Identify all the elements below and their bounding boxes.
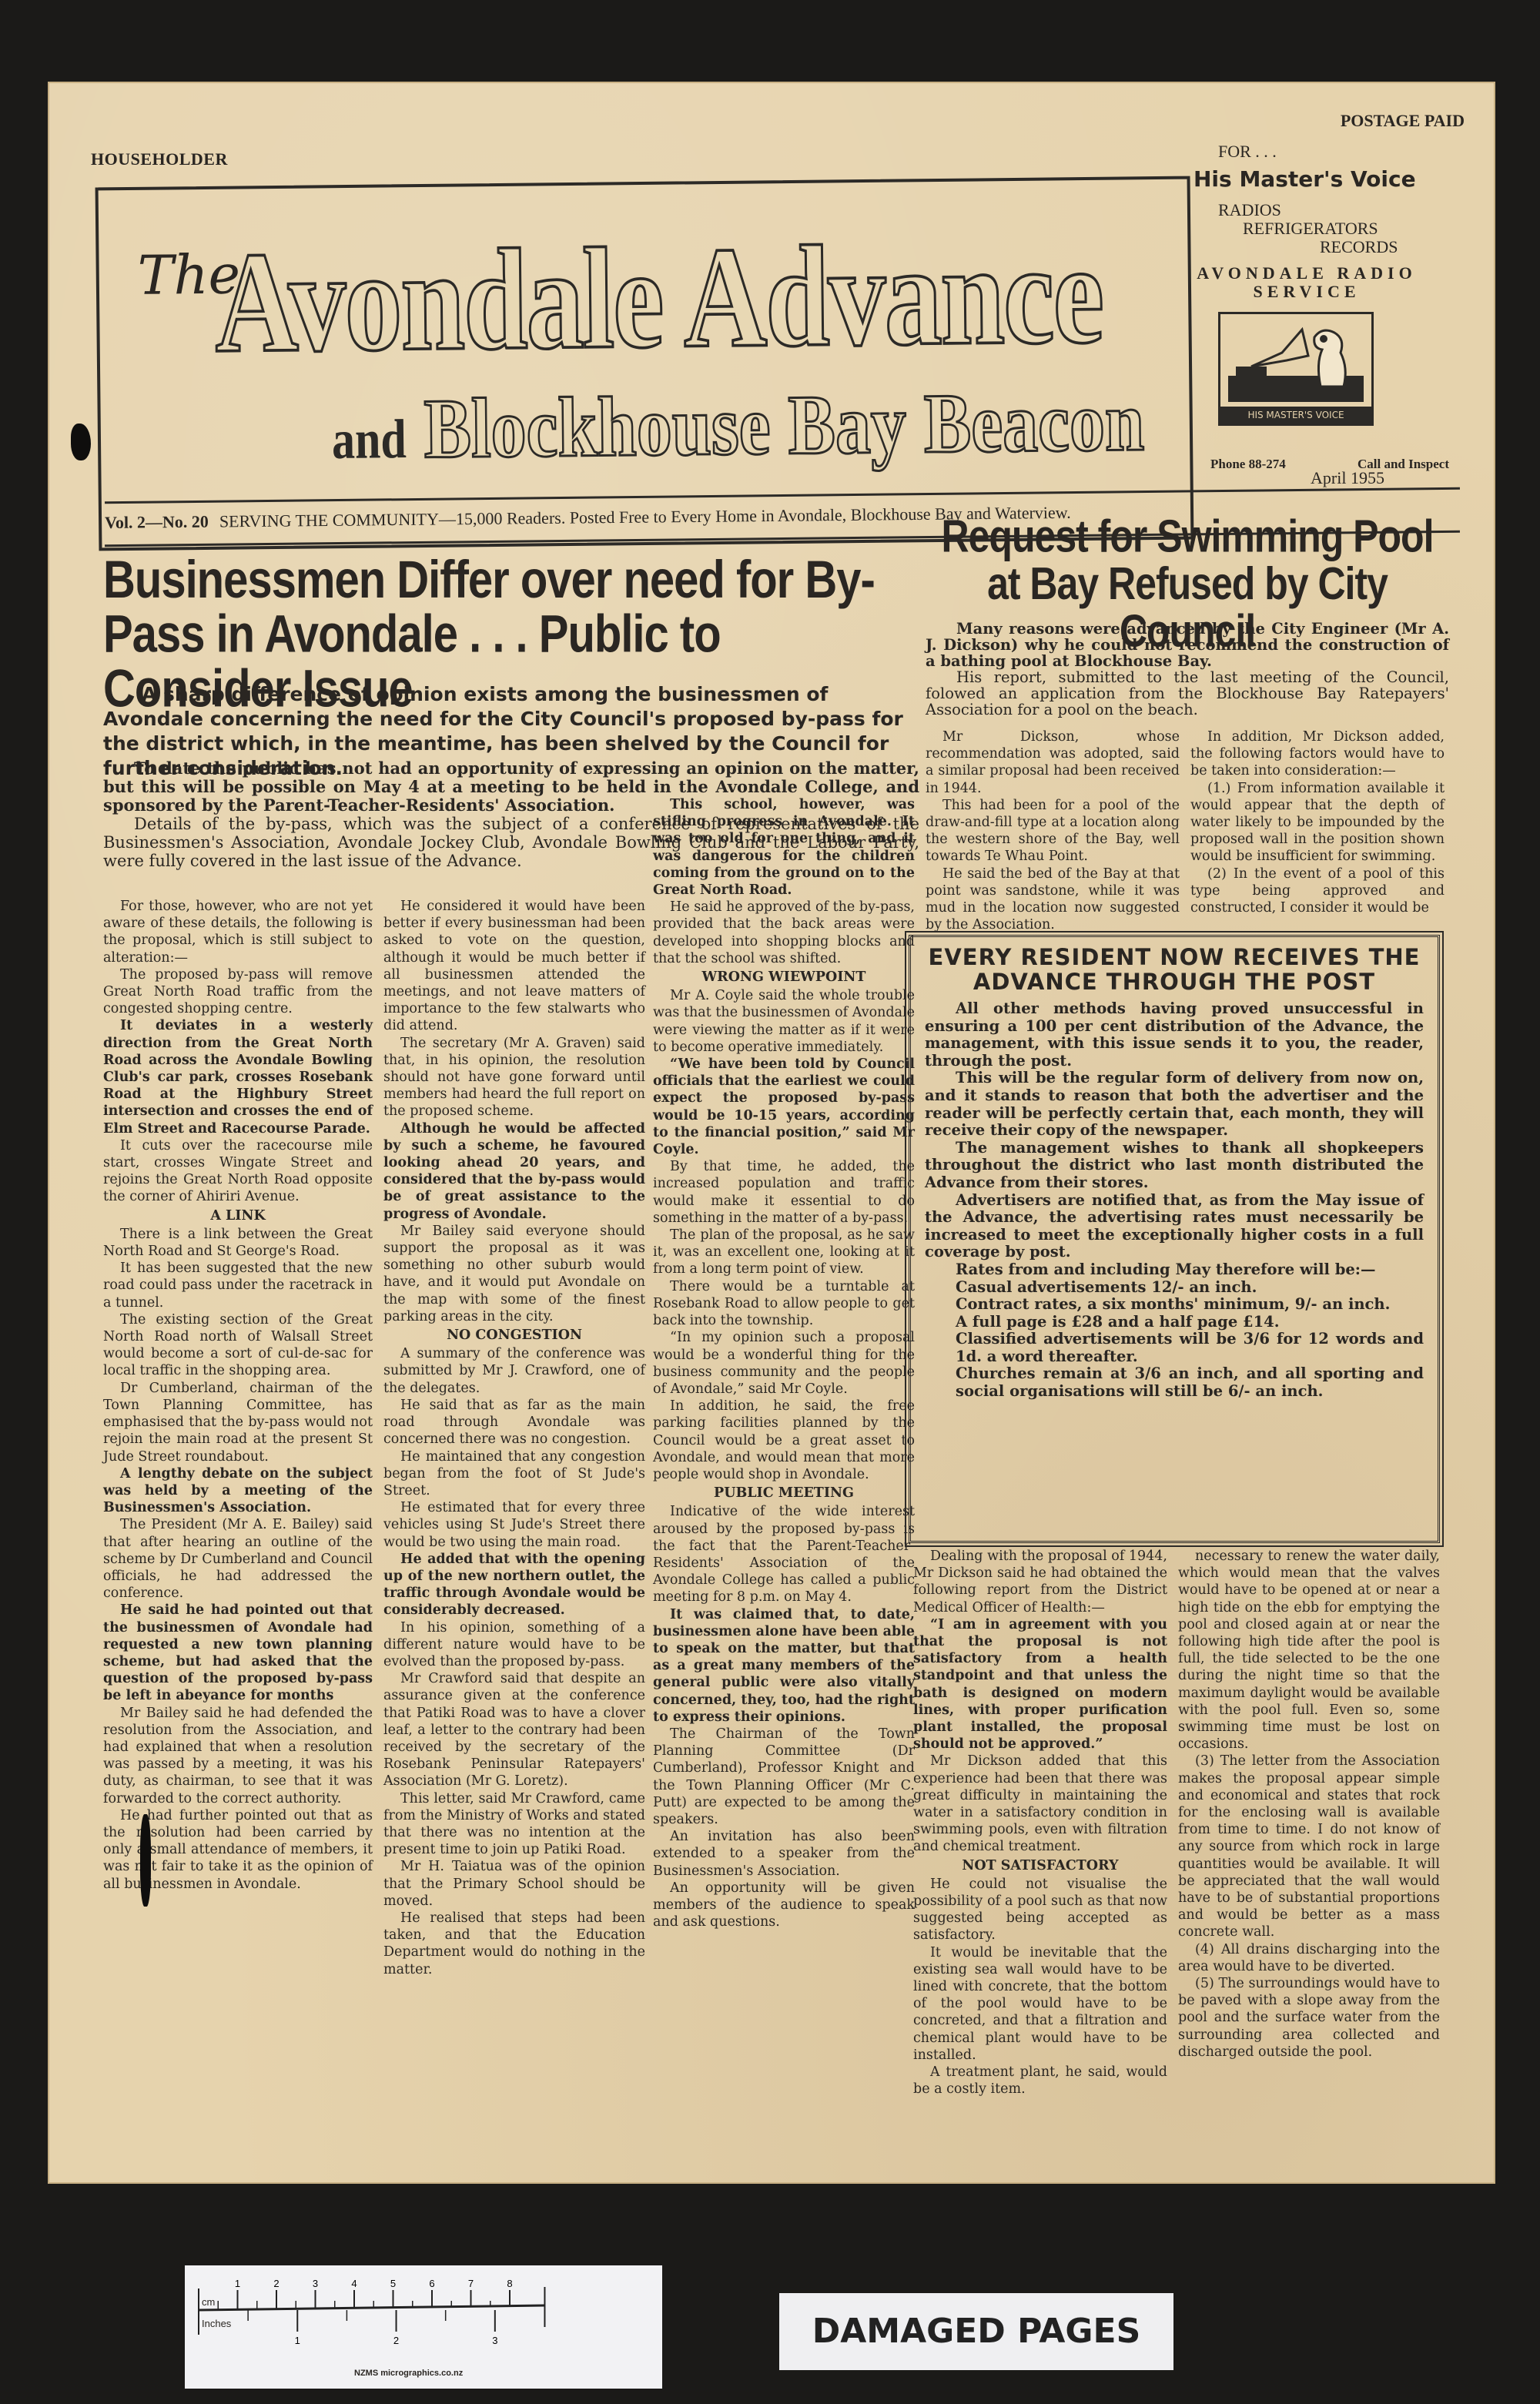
masthead-subtitle: and Blockhouse Bay Beacon [331,372,1144,478]
paragraph: In addition, he said, the free parking f… [653,1398,915,1483]
advert-business-line: SERVICE [1149,283,1465,301]
advert-phone: Phone 88-274 [1210,457,1286,472]
masthead-subtitle-text: Blockhouse Bay Beacon [423,374,1145,476]
paragraph: An invitation has also been extended to … [653,1828,915,1880]
svg-text:1: 1 [235,2278,240,2289]
advert-product: RECORDS [1320,238,1465,256]
bypass-column-2: He considered it would have been better … [383,898,645,1978]
pool-lede: Many reasons were advanced by the City E… [926,621,1449,718]
notice-headline: EVERY RESIDENT NOW RECEIVES THE ADVANCE … [925,945,1424,994]
subheading: NO CONGESTION [383,1327,645,1344]
householder-label: HOUSEHOLDER [91,149,228,169]
paragraph: (2) In the event of a pool of this type … [1190,866,1445,917]
paragraph: necessary to renew the water daily, whic… [1178,1548,1440,1753]
paragraph: Many reasons were advanced by the City E… [926,621,1449,669]
paragraph: He said that as far as the main road thr… [383,1397,645,1448]
svg-text:2: 2 [273,2278,279,2289]
advert-business: AVONDALE RADIO SERVICE [1149,264,1465,301]
newspaper-page: HOUSEHOLDER The Avondale Advance and Blo… [48,82,1495,2184]
svg-text:2: 2 [393,2335,399,2346]
svg-text:4: 4 [351,2278,357,2289]
advert-product: REFRIGERATORS [1243,219,1465,238]
paragraph: The President (Mr A. E. Bailey) said tha… [103,1516,373,1602]
pool-column-a: Mr Dickson, whose recommendation was ado… [926,728,1180,933]
pool-column-d: necessary to renew the water daily, whic… [1178,1548,1440,2061]
paragraph: He could not visualise the possibility o… [913,1876,1167,1944]
paragraph: Mr Crawford said that despite an assuran… [383,1670,645,1790]
logo-caption: HIS MASTER'S VOICE [1220,407,1371,424]
bypass-column-3: This school, however, was stifling progr… [653,796,915,1930]
ruler-brand: NZMS micrographics.co.nz [354,2369,463,2378]
svg-text:8: 8 [507,2278,512,2289]
paragraph: An opportunity will be given members of … [653,1880,915,1931]
paragraph: A summary of the conference was submitte… [383,1345,645,1397]
paragraph: It was claimed that, to date, businessme… [653,1606,915,1726]
paragraph: Mr Dickson, whose recommendation was ado… [926,728,1180,797]
rate-item: A full page is £28 and a half page £14. [925,1314,1424,1331]
notice-paragraph: All other methods having proved unsucces… [925,1000,1424,1070]
notice-body: All other methods having proved unsucces… [925,1000,1424,1401]
paragraph: He considered it would have been better … [383,898,645,1035]
paragraph: It would be inevitable that the existing… [913,1944,1167,2064]
paragraph: It has been suggested that the new road … [103,1260,373,1311]
paragraph: He said he approved of the by-pass, prov… [653,899,915,967]
svg-text:5: 5 [390,2278,396,2289]
paragraph: It cuts over the racecourse mile start, … [103,1137,373,1206]
rate-item: Classified advertisements will be 3/6 fo… [925,1331,1424,1365]
ruler-cm-label: cm [202,2296,215,2308]
paragraph: Dealing with the proposal of 1944, Mr Di… [913,1548,1167,1616]
paragraph: This letter, said Mr Crawford, came from… [383,1790,645,1859]
paragraph: Mr Bailey said everyone should support t… [383,1223,645,1325]
advert-for: FOR . . . [1218,142,1465,162]
masthead-title: Avondale Advance [214,211,1103,386]
paragraph: Mr A. Coyle said the whole trouble was t… [653,987,915,1056]
paragraph: The proposed by-pass will remove Great N… [103,966,373,1018]
masthead-and: and [332,408,407,470]
paragraph: He maintained that any congestion began … [383,1448,645,1500]
paragraph: He realised that steps had been taken, a… [383,1910,645,1978]
paragraph: (3) The letter from the Association make… [1178,1753,1440,1940]
paragraph: He estimated that for every three vehicl… [383,1499,645,1551]
paragraph: In addition, Mr Dickson added, the follo… [1190,728,1445,780]
paragraph: Mr H. Taiatua was of the opinion that th… [383,1858,645,1910]
volume-number: Vol. 2—No. 20 [105,512,209,532]
paragraph: It deviates in a westerly direction from… [103,1017,373,1137]
subheading: PUBLIC MEETING [653,1485,915,1502]
rates-intro: Rates from and including May therefore w… [925,1261,1424,1279]
paragraph: The existing section of the Great North … [103,1311,373,1380]
rate-item: Churches remain at 3/6 an inch, and all … [925,1365,1424,1400]
paragraph: By that time, he added, the increased po… [653,1158,915,1227]
paragraph: In his opinion, something of a different… [383,1619,645,1671]
notice-paragraph: Advertisers are notified that, as from t… [925,1192,1424,1261]
rate-item: Casual advertisements 12/- an inch. [925,1279,1424,1297]
svg-text:3: 3 [492,2335,497,2346]
paragraph: (5) The surroundings would have to be pa… [1178,1975,1440,2061]
issue-date: April 1955 [1311,468,1384,488]
paragraph: There would be a turntable at Rosebank R… [653,1278,915,1330]
paragraph: (4) All drains discharging into the area… [1178,1941,1440,1975]
notice-paragraph: This will be the regular form of deliver… [925,1070,1424,1139]
advert-business-line: AVONDALE RADIO [1149,264,1465,283]
paragraph: The secretary (Mr A. Graven) said that, … [383,1035,645,1120]
svg-text:1: 1 [295,2335,300,2346]
postage-paid: POSTAGE PAID [1149,111,1465,131]
paragraph: Dr Cumberland, chairman of the Town Plan… [103,1380,373,1465]
paragraph: He said the bed of the Bay at that point… [926,866,1180,934]
pool-column-c: Dealing with the proposal of 1944, Mr Di… [913,1548,1167,2098]
subheading: WRONG WIEWPOINT [653,969,915,986]
advert-contact: Phone 88-274 Call and Inspect [1149,457,1465,472]
paragraph: This school, however, was stifling progr… [653,796,915,899]
damage-tear [140,1814,151,1907]
paragraph: Although he would be affected by such a … [383,1120,645,1223]
hmv-advert: POSTAGE PAID FOR . . . His Master's Voic… [1149,111,1465,472]
notice-paragraph: The management wishes to thank all shopk… [925,1140,1424,1192]
paragraph: He said he had pointed out that the busi… [103,1602,373,1704]
subheading: A LINK [103,1207,373,1224]
scale-ruler: 12345678123 cm Inches NZMS micrographics… [185,2265,662,2389]
masthead: The Avondale Advance and Blockhouse Bay … [95,176,1194,551]
damaged-pages-label: DAMAGED PAGES [779,2293,1173,2370]
paragraph: For those, however, who are not yet awar… [103,898,373,966]
paragraph: His report, submitted to the last meetin… [926,669,1449,718]
paragraph: This had been for a pool of the draw-and… [926,797,1180,866]
svg-text:3: 3 [313,2278,318,2289]
advert-product: RADIOS [1218,201,1465,219]
paragraph: (1.) From information available it would… [1190,780,1445,866]
paragraph: Indicative of the wide interest aroused … [653,1503,915,1605]
paragraph: A treatment plant, he said, would be a c… [913,2064,1167,2098]
paragraph: The plan of the proposal, as he saw it, … [653,1227,915,1278]
subheading: NOT SATISFACTORY [913,1857,1167,1874]
paragraph: Mr Bailey said he had defended the resol… [103,1705,373,1807]
svg-text:7: 7 [468,2278,474,2289]
paragraph: He added that with the opening up of the… [383,1551,645,1619]
paragraph: The Chairman of the Town Planning Commit… [653,1726,915,1828]
paragraph: “In my opinion such a proposal would be … [653,1329,915,1398]
pool-column-b: In addition, Mr Dickson added, the follo… [1190,728,1445,916]
dog-gramophone-icon: HIS MASTER'S VOICE [1218,312,1374,426]
ruler-inch-label: Inches [202,2318,231,2329]
svg-text:6: 6 [429,2278,434,2289]
advert-brand: His Master's Voice [1193,166,1465,192]
notice-box: EVERY RESIDENT NOW RECEIVES THE ADVANCE … [909,935,1440,1543]
paragraph: There is a link between the Great North … [103,1226,373,1260]
paragraph: A lengthy debate on the subject was held… [103,1465,373,1517]
paragraph: “I am in agreement with you that the pro… [913,1616,1167,1753]
paragraph: “We have been told by Council officials … [653,1056,915,1158]
paragraph: Mr Dickson added that this experience ha… [913,1753,1167,1855]
rate-item: Contract rates, a six months' minimum, 9… [925,1296,1424,1314]
damage-hole [71,424,91,460]
bypass-column-1: For those, however, who are not yet awar… [103,898,373,1893]
